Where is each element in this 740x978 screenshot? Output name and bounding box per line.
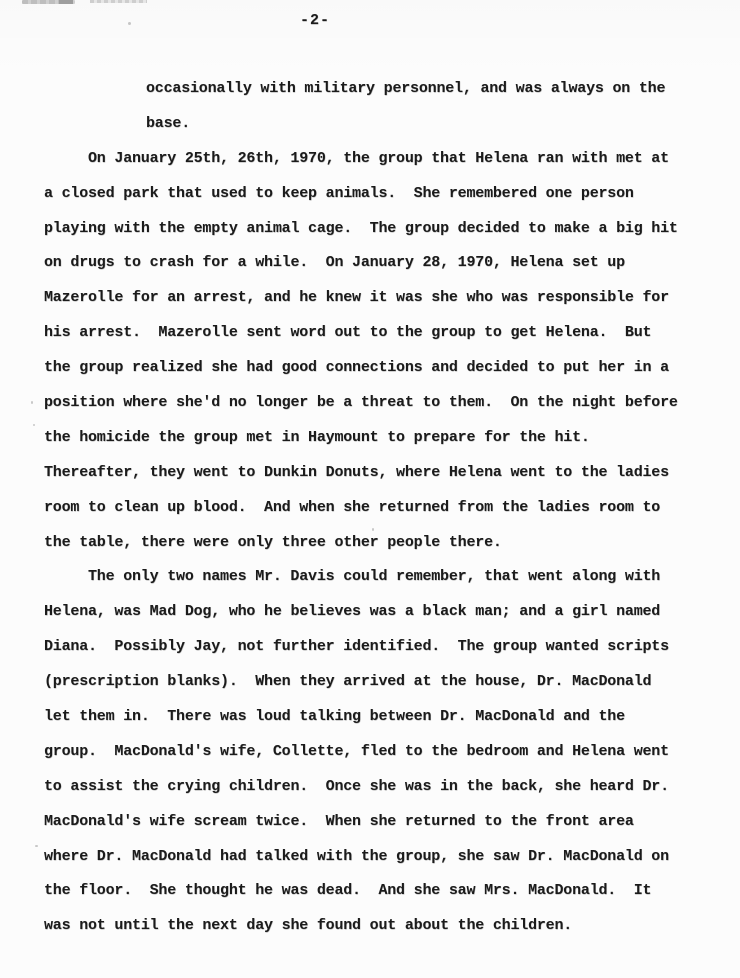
page-number: -2- xyxy=(300,12,330,29)
text-line: to assist the crying children. Once she … xyxy=(44,770,724,805)
text-line: Diana. Possibly Jay, not further identif… xyxy=(44,630,724,665)
text-line: Thereafter, they went to Dunkin Donuts, … xyxy=(44,456,724,491)
text-line: the table, there were only three other p… xyxy=(44,526,724,561)
text-line: base. xyxy=(146,107,724,142)
text-line: The only two names Mr. Davis could remem… xyxy=(44,560,724,595)
scan-artifact-smudge xyxy=(22,0,75,4)
scan-artifact-speck xyxy=(35,845,38,847)
text-line: occasionally with military personnel, an… xyxy=(146,72,724,107)
text-line: the homicide the group met in Haymount t… xyxy=(44,421,724,456)
scan-artifact-speck xyxy=(33,424,35,426)
text-line: group. MacDonald's wife, Collette, fled … xyxy=(44,735,724,770)
text-line: the group realized she had good connecti… xyxy=(44,351,724,386)
text-line: let them in. There was loud talking betw… xyxy=(44,700,724,735)
scan-artifact-speck xyxy=(128,22,131,25)
text-line: MacDonald's wife scream twice. When she … xyxy=(44,805,724,840)
document-page: -2- occasionally with military personnel… xyxy=(0,0,740,978)
document-text: occasionally with military personnel, an… xyxy=(44,72,724,944)
scan-artifact-smudge xyxy=(90,0,147,3)
text-line: room to clean up blood. And when she ret… xyxy=(44,491,724,526)
text-line: Helena, was Mad Dog, who he believes was… xyxy=(44,595,724,630)
text-line: on drugs to crash for a while. On Januar… xyxy=(44,246,724,281)
text-line: where Dr. MacDonald had talked with the … xyxy=(44,840,724,875)
text-line: Mazerolle for an arrest, and he knew it … xyxy=(44,281,724,316)
scan-artifact-speck xyxy=(31,401,33,404)
text-line: the floor. She thought he was dead. And … xyxy=(44,874,724,909)
text-line: position where she'd no longer be a thre… xyxy=(44,386,724,421)
text-line: (prescription blanks). When they arrived… xyxy=(44,665,724,700)
text-line: his arrest. Mazerolle sent word out to t… xyxy=(44,316,724,351)
text-line: playing with the empty animal cage. The … xyxy=(44,212,724,247)
text-line: a closed park that used to keep animals.… xyxy=(44,177,724,212)
text-line: was not until the next day she found out… xyxy=(44,909,724,944)
text-line: On January 25th, 26th, 1970, the group t… xyxy=(44,142,724,177)
